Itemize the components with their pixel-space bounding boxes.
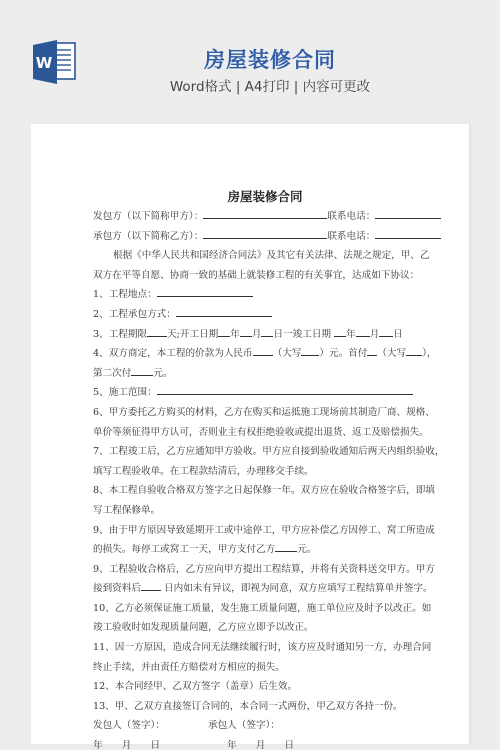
header-title: 房屋装修合同	[0, 44, 500, 74]
clause-10-line-1: 10、乙方必须保证施工质量，发生施工质量问题，施工单位应及时予以改正。如	[93, 599, 437, 619]
clause-9-line-2: 的损失。每停工或窝工一天，甲方支付乙方元。	[93, 540, 437, 560]
party-b-blank[interactable]	[203, 227, 327, 239]
clause-10-line-2: 竣工验收时如发现质量问题，乙方应立即予以改正。	[93, 618, 437, 638]
clause-12: 12、本合同经甲、乙双方签字（盖章）后生效。	[93, 677, 437, 697]
clause-6-line-2: 单价等须征得甲方认可，否则业主有权拒绝验收或提出退货、返工及赔偿损失。	[93, 423, 437, 443]
clause-1: 1、工程地点：	[93, 285, 437, 305]
down-payment-blank[interactable]	[367, 344, 377, 356]
clause-9b-line-1: 9、工程验收合格后，乙方应向甲方提出工程结算，并将有关资料送交甲方。甲方	[93, 560, 437, 580]
clause-9b-line-2: 接到资料后 日内如未有异议，即视为同意，双方应填写工程结算单并签字。	[93, 579, 437, 599]
clause-11-line-2: 终止手续，并由责任方赔偿对方相应的损失。	[93, 658, 437, 678]
document-page: 房屋装修合同 发包方（以下简称甲方）：联系电话： 承包方（以下简称乙方）：联系电…	[31, 124, 469, 744]
clause-3: 3、工程期限天;开工日期年月日一竣工日期 年月日	[93, 325, 437, 345]
party-a-line: 发包方（以下简称甲方）：联系电话：	[93, 207, 437, 227]
price-blank[interactable]	[253, 344, 273, 356]
intro-line-2: 双方在平等自愿、协商一致的基础上就装修工程的有关事宜，达成如下协议：	[93, 266, 437, 286]
scope-blank[interactable]	[157, 383, 413, 395]
second-payment-blank[interactable]	[131, 364, 153, 376]
preview-header: W 房屋装修合同 Word格式 | A4打印 | 内容可更改	[0, 0, 500, 124]
clause-4-cont: 第二次付元。	[93, 364, 437, 384]
end-day-blank[interactable]	[379, 325, 393, 337]
down-payment-words-blank[interactable]	[406, 344, 422, 356]
header-subtitle: Word格式 | A4打印 | 内容可更改	[0, 75, 500, 95]
clause-4: 4、双方商定，本工程的价款为人民币（大写）元。首付（大写），	[93, 344, 437, 364]
party-a-phone-blank[interactable]	[375, 207, 441, 219]
price-words-blank[interactable]	[301, 344, 319, 356]
party-a-blank[interactable]	[203, 207, 327, 219]
clause-13: 13、甲、乙双方直接签订合同的，本合同一式两份，甲乙双方各持一份。	[93, 697, 437, 717]
clause-7-line-1: 7、工程竣工后，乙方应通知甲方验收。甲方应自接到验收通知后两天内组织验收，	[93, 442, 437, 462]
clause-6-line-1: 6、甲方委托乙方购买的材料，乙方在购买和运抵施工现场前其制造厂商、规格、	[93, 403, 437, 423]
date-line: 年 月 日年 月 日	[93, 736, 437, 750]
review-days-blank[interactable]	[141, 579, 161, 591]
clause-11-line-1: 11、因一方原因，造成合同无法继续履行时，该方应及时通知另一方，办理合同	[93, 638, 437, 658]
end-year-blank[interactable]	[334, 325, 346, 337]
start-day-blank[interactable]	[261, 325, 273, 337]
clause-9-line-1: 9、由于甲方原因导致延期开工或中途停工，甲方应补偿乙方因停工、窝工所造成	[93, 521, 437, 541]
signature-a: 发包人（签字）：	[93, 720, 165, 731]
clause-8-line-1: 8、本工程自验收合格双方签字之日起保修一年。双方应在验收合格签字后，即填	[93, 481, 437, 501]
start-year-blank[interactable]	[218, 325, 230, 337]
document-title: 房屋装修合同	[93, 187, 437, 205]
intro-line-1: 根据《中华人民共和国经济合同法》及其它有关法律、法规之规定，甲、乙	[93, 246, 437, 266]
party-b-phone-blank[interactable]	[375, 227, 441, 239]
end-month-blank[interactable]	[356, 325, 370, 337]
date-b: 年 月 日	[227, 736, 294, 750]
days-blank[interactable]	[147, 325, 167, 337]
signature-line: 发包人（签字）：承包人（签字）：	[93, 716, 437, 736]
contract-mode-blank[interactable]	[176, 305, 272, 317]
clause-5: 5、施工范围：	[93, 383, 437, 403]
daily-compensation-blank[interactable]	[275, 540, 297, 552]
signature-b: 承包人（签字）：	[208, 716, 280, 736]
clause-8-line-2: 写工程保修单。	[93, 501, 437, 521]
clause-2: 2、工程承包方式：	[93, 305, 437, 325]
location-blank[interactable]	[157, 285, 253, 297]
clause-7-line-2: 填写工程验收单。在工程款结清后，办理移交手续。	[93, 462, 437, 482]
start-month-blank[interactable]	[240, 325, 252, 337]
party-b-line: 承包方（以下简称乙方）：联系电话：	[93, 227, 437, 247]
date-a: 年 月 日	[93, 740, 160, 750]
